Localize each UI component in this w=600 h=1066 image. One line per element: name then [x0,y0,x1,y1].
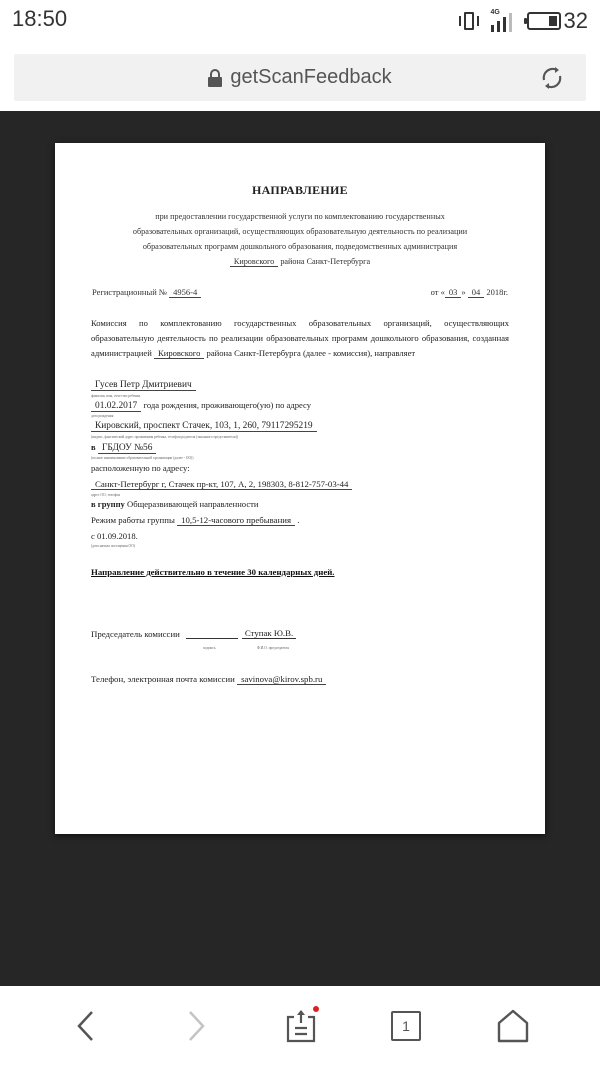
start-date: с 01.09.2018. [91,531,138,541]
birth-date-field: 01.02.2017 года рождения, проживающего(у… [91,400,311,411]
start-date-caption: (дата начала посещения ОО) [91,544,135,548]
browser-toolbar: getScanFeedback [0,40,600,111]
address-caption: (индекс, фактический адрес проживания ре… [91,435,238,439]
status-icons: 4G 32 [459,8,588,34]
page-title: getScanFeedback [230,66,391,89]
chevron-left-icon [74,1009,98,1043]
date-day: 03 [445,287,462,298]
share-icon [283,1008,319,1044]
group-field: в группу Общеразвивающей направленности [91,499,258,509]
battery-percent: 32 [564,8,588,34]
network-type-label: 4G [491,9,500,16]
status-time: 18:50 [12,6,67,32]
home-icon [496,1009,530,1043]
child-name-caption: фамилия, имя, отчество ребенка [91,394,140,398]
battery: 32 [527,8,588,34]
address-field: Кировский, проспект Стачек, 103, 1, 260,… [91,421,317,431]
notification-dot [313,1006,319,1012]
subtitle-district: Кировского [230,257,278,267]
located-label: расположенную по адресу: [91,463,190,473]
tabs-button[interactable]: 1 [386,1006,426,1046]
chair-name-caption: Ф.И.О. председателя [257,646,289,650]
signature-line [186,629,238,639]
institution-address-field: Санкт-Петербург г, Стачек пр-кт, 107, А,… [91,479,352,489]
institution-caption: (полное наименование образовательной орг… [91,456,193,460]
mode-field: Режим работы группы 10,5-12-часового пре… [91,515,299,525]
document-subtitle: при предоставлении государственной услуг… [85,209,515,269]
intro-district: Кировского [154,348,204,359]
date-month: 04 [468,287,485,298]
bottom-navigation: 1 [0,986,600,1066]
reload-icon[interactable] [538,64,566,92]
contact-row: Телефон, электронная почта комиссии savi… [91,674,326,684]
vibrate-icon [459,11,479,31]
status-bar: 18:50 4G 32 [0,0,600,40]
address-bar[interactable]: getScanFeedback [14,54,586,101]
back-button[interactable] [66,1006,106,1046]
intro-paragraph: Комиссия по комплектованию государственн… [91,316,509,361]
home-button[interactable] [493,1006,533,1046]
document-page: НАПРАВЛЕНИЕ при предоставлении государст… [55,143,545,834]
document-title: НАПРАВЛЕНИЕ [55,183,545,198]
birth-date-caption: дата рождения [91,414,113,418]
contact-email: savinova@kirov.spb.ru [237,674,326,685]
validity-notice: Направление действительно в течение 30 к… [91,567,335,577]
chair-signature-row: Председатель комиссии Ступак Ю.В. [91,628,296,639]
registration-row: Регистрационный № 4956-4 от «03» 04 2018… [92,287,508,297]
signal-icon: 4G [489,10,517,32]
institution-field: в ГБДОУ №56 [91,442,156,453]
chair-name: Ступак Ю.В. [242,628,296,639]
document-viewer[interactable]: НАПРАВЛЕНИЕ при предоставлении государст… [0,111,600,986]
tab-count: 1 [391,1011,421,1041]
institution-address-caption: адрес ОО, телефон [91,493,120,497]
chevron-right-icon [184,1009,208,1043]
child-name-field: Гусев Петр Дмитриевич [91,380,196,390]
lock-icon [208,69,222,87]
share-button[interactable] [281,1006,321,1046]
battery-icon [527,12,561,30]
forward-button[interactable] [176,1006,216,1046]
signature-caption: подпись [203,646,216,650]
registration-number: 4956-4 [169,287,201,298]
